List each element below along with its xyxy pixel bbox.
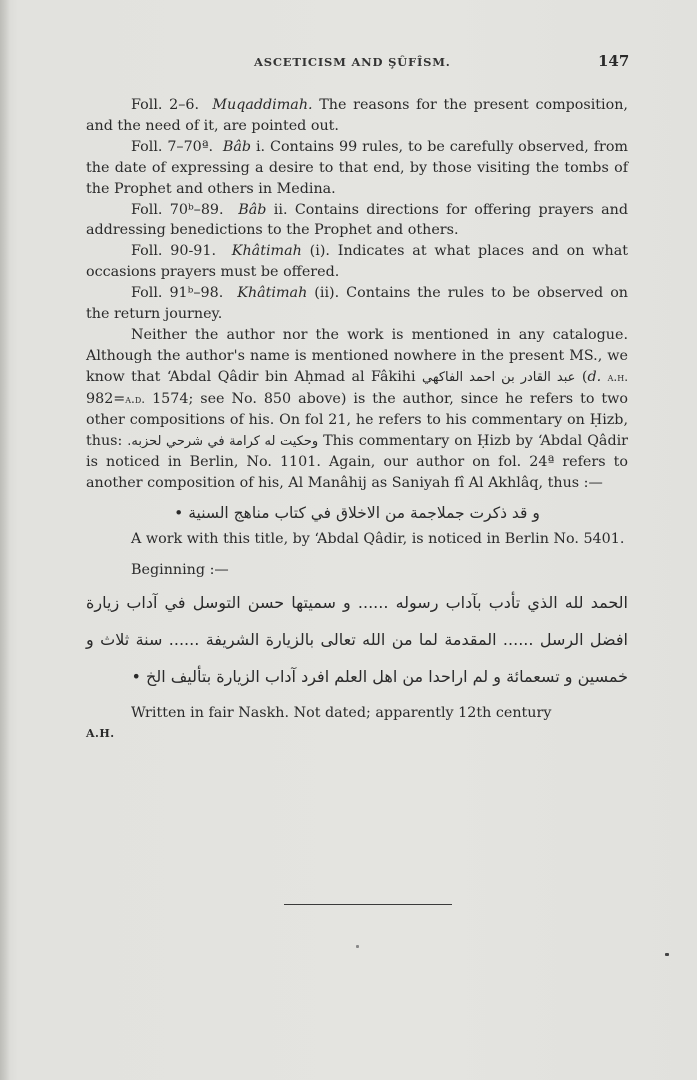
beginning-label: Beginning :—: [86, 560, 628, 581]
page-number: 147: [598, 52, 629, 70]
arabic-incipit: الحمد لله الذي تأدب بآداب رسوله ...... و…: [86, 584, 628, 695]
book-page: ASCETICISM AND ŞÛFÎSM. 147 Foll. 2–6. Mu…: [0, 0, 697, 1080]
berlin-note: A work with this title, by ‘Abdal Qâdir,…: [86, 529, 628, 550]
section-entry: Foll. 70ᵇ–89. Bâb ii. Contains direction…: [86, 200, 628, 242]
paper-speck: [356, 945, 359, 948]
running-head: ASCETICISM AND ŞÛFÎSM. 147: [0, 55, 697, 75]
arabic-inline-quote: وحكيت له كرامة في شرحي لحزبه.: [127, 434, 318, 449]
colophon-era: A.H.: [86, 724, 628, 745]
authorship-discussion: Neither the author nor the work is menti…: [86, 325, 628, 494]
section-entry: Foll. 7–70ª. Bâb i. Contains 99 rules, t…: [86, 137, 628, 200]
section-title: Bâb: [238, 202, 266, 218]
body-text: Foll. 2–6. Muqaddimah. The reasons for t…: [86, 95, 628, 745]
section-title: Muqaddimah.: [212, 97, 312, 113]
arabic-author-name: عبد القادر بن احمد الفاكهي: [422, 370, 575, 385]
section-entry: Foll. 90-91. Khâtimah (i). Indicates at …: [86, 241, 628, 283]
running-title: ASCETICISM AND ŞÛFÎSM.: [254, 55, 451, 69]
section-title: Bâb: [223, 139, 251, 155]
section-title: Khâtimah: [237, 285, 307, 301]
paper-speck: [665, 953, 669, 956]
colophon-text: Written in fair Naskh. Not dated; appare…: [86, 703, 628, 724]
section-entry: Foll. 91ᵇ–98. Khâtimah (ii). Contains th…: [86, 283, 628, 325]
section-divider: [284, 904, 452, 905]
section-title: Khâtimah: [232, 243, 302, 259]
arabic-quote-title: و قد ذكرت جملاجمة من الاخلاق في كتاب منا…: [86, 501, 628, 525]
section-entry: Foll. 2–6. Muqaddimah. The reasons for t…: [86, 95, 628, 137]
